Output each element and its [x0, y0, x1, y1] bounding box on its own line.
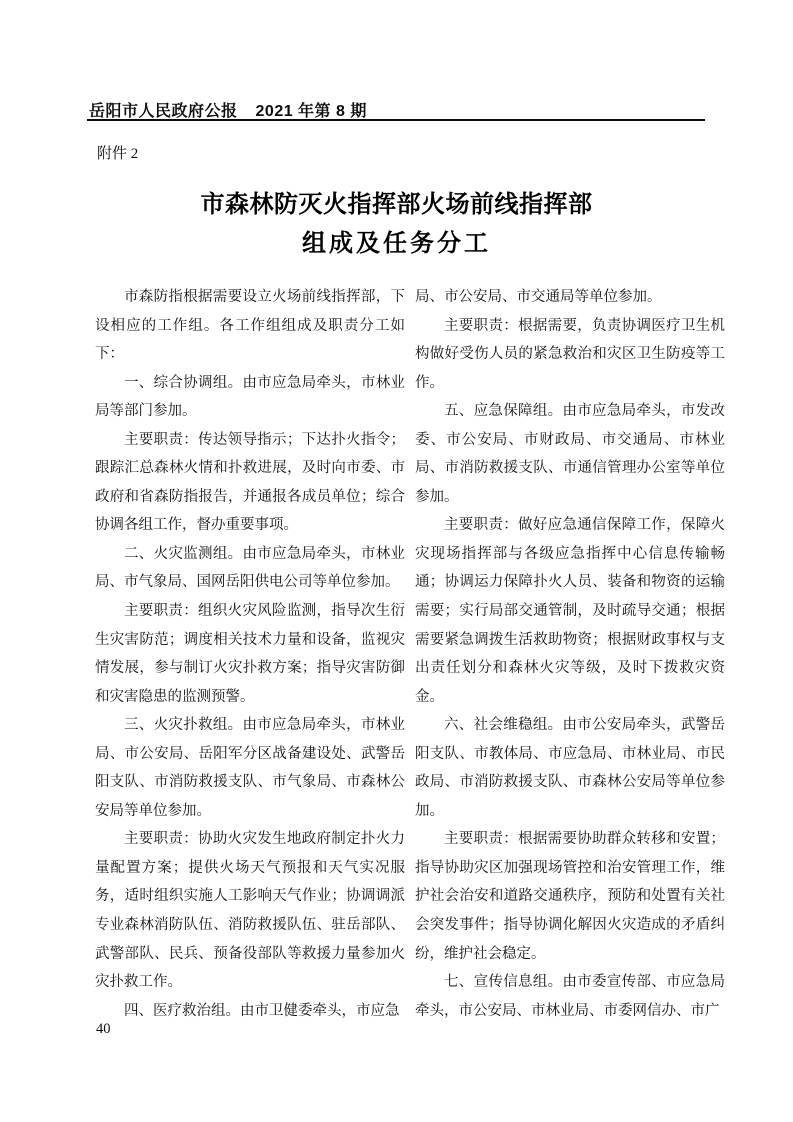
issue-number: 2021 年第 8 期	[256, 98, 367, 121]
paragraph-group-2: 二、火灾监测组。由市应急局牵头，市林业局、市气象局、国网岳阳供电公司等单位参加。	[95, 540, 405, 597]
publication-name: 岳阳市人民政府公报	[89, 103, 238, 120]
paragraph-group-5-duties: 主要职责：做好应急通信保障工作，保障火灾现场指挥部与各级应急指挥中心信息传输畅通…	[415, 511, 725, 711]
paragraph-group-4-duties: 主要职责：根据需要，负责协调医疗卫生机构做好受伤人员的紧急救治和灾区卫生防疫等工…	[415, 312, 725, 398]
page-header: 岳阳市人民政府公报2021 年第 8 期	[89, 98, 707, 121]
document-title: 市森林防灭火指挥部火场前线指挥部 组成及任务分工	[0, 185, 793, 263]
paragraph-group-4-start: 四、医疗救治组。由市卫健委牵头，市应急	[95, 997, 405, 1026]
page-number: 40	[96, 1021, 111, 1038]
left-column: 市森防指根据需要设立火场前线指挥部，下设相应的工作组。各工作组组成及职责分工如下…	[95, 283, 405, 1025]
paragraph-group-1-duties: 主要职责：传达领导指示；下达扑火指令；跟踪汇总森林火情和扑救进展，及时向市委、市…	[95, 426, 405, 540]
paragraph-group-4-continued: 局、市公安局、市交通局等单位参加。	[415, 283, 725, 312]
paragraph-intro: 市森防指根据需要设立火场前线指挥部，下设相应的工作组。各工作组组成及职责分工如下…	[95, 283, 405, 369]
paragraph-group-7-start: 七、宣传信息组。由市委宣传部、市应急局牵头，市公安局、市林业局、市委网信办、市广	[415, 968, 725, 1025]
paragraph-group-1: 一、综合协调组。由市应急局牵头，市林业局等部门参加。	[95, 369, 405, 426]
paragraph-group-3: 三、火灾扑救组。由市应急局牵头，市林业局、市公安局、岳阳军分区战备建设处、武警岳…	[95, 711, 405, 825]
title-line-2: 组成及任务分工	[0, 224, 793, 263]
right-column: 局、市公安局、市交通局等单位参加。 主要职责：根据需要，负责协调医疗卫生机构做好…	[415, 283, 725, 1025]
gazette-page: 岳阳市人民政府公报2021 年第 8 期 附件 2 市森林防灭火指挥部火场前线指…	[0, 0, 793, 1122]
paragraph-group-5: 五、应急保障组。由市应急局牵头，市发改委、市公安局、市财政局、市交通局、市林业局…	[415, 397, 725, 511]
paragraph-group-2-duties: 主要职责：组织火灾风险监测，指导次生衍生灾害防范；调度相关技术力量和设备，监视灾…	[95, 597, 405, 711]
attachment-label: 附件 2	[97, 142, 138, 163]
title-line-1: 市森林防灭火指挥部火场前线指挥部	[0, 185, 793, 224]
body-columns: 市森防指根据需要设立火场前线指挥部，下设相应的工作组。各工作组组成及职责分工如下…	[95, 283, 725, 1025]
header-divider	[87, 119, 705, 121]
paragraph-group-6-duties: 主要职责：根据需要协助群众转移和安置；指导协助灾区加强现场管控和治安管理工作，维…	[415, 825, 725, 968]
paragraph-group-3-duties: 主要职责：协助火灾发生地政府制定扑火力量配置方案；提供火场天气预报和天气实况服务…	[95, 825, 405, 996]
paragraph-group-6: 六、社会维稳组。由市公安局牵头，武警岳阳支队、市教体局、市应急局、市林业局、市民…	[415, 711, 725, 825]
